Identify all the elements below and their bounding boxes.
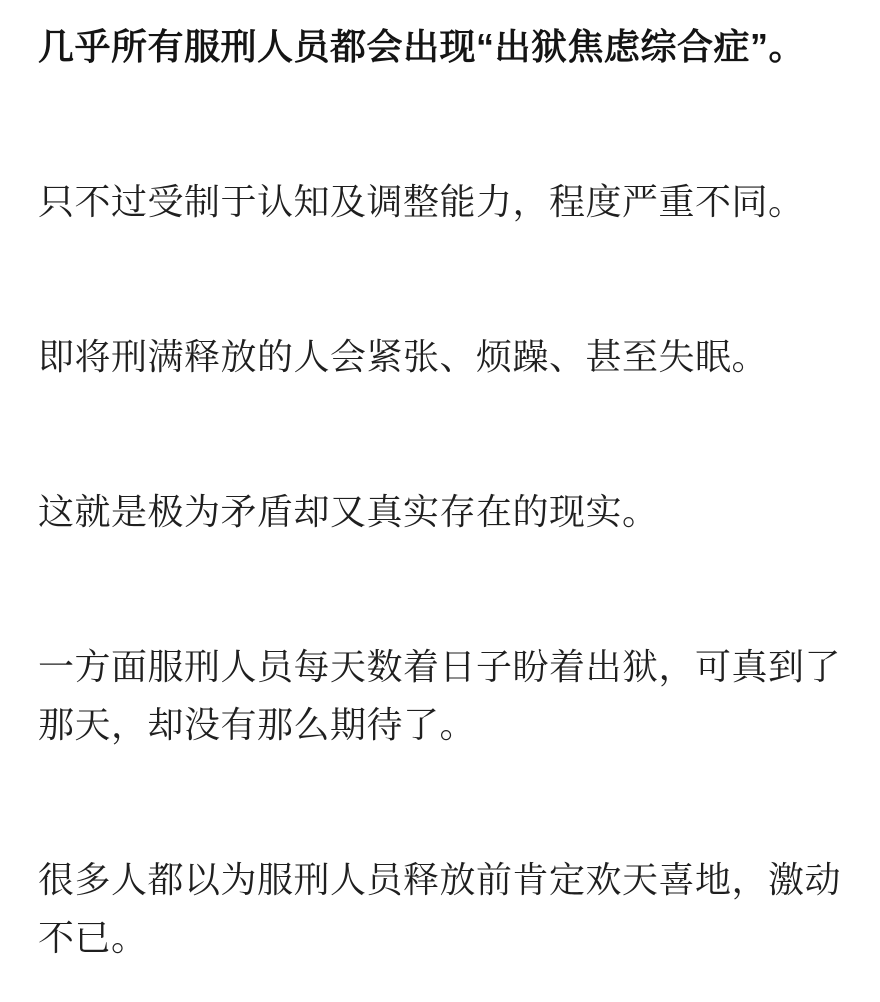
paragraph-2-line-1: 只不过受制于认知及调整能力，程度严重不同。 [38,173,842,231]
paragraph-5-line-1: 一方面服刑人员每天数着日子盼着出狱，可真到了 [38,638,842,696]
paragraph-6-line-1: 很多人都以为服刑人员释放前肯定欢天喜地，激动 [38,851,842,909]
paragraph-6: 很多人都以为服刑人员释放前肯定欢天喜地，激动 不已。 [38,851,842,967]
paragraph-5: 一方面服刑人员每天数着日子盼着出狱，可真到了 那天，却没有那么期待了。 [38,638,842,754]
paragraph-2: 只不过受制于认知及调整能力，程度严重不同。 [38,173,842,231]
paragraph-4-line-1: 这就是极为矛盾却又真实存在的现实。 [38,483,842,541]
paragraph-4: 这就是极为矛盾却又真实存在的现实。 [38,483,842,541]
paragraph-3: 即将刑满释放的人会紧张、烦躁、甚至失眠。 [38,328,842,386]
paragraph-3-line-1: 即将刑满释放的人会紧张、烦躁、甚至失眠。 [38,328,842,386]
paragraph-headline: 几乎所有服刑人员都会出现“出狱焦虑综合症”。 [38,18,842,76]
article-body: 几乎所有服刑人员都会出现“出狱焦虑综合症”。 只不过受制于认知及调整能力，程度严… [0,0,880,967]
paragraph-headline-line-1: 几乎所有服刑人员都会出现“出狱焦虑综合症”。 [38,18,842,76]
paragraph-5-line-2: 那天，却没有那么期待了。 [38,696,842,754]
paragraph-6-line-2: 不已。 [38,909,842,967]
